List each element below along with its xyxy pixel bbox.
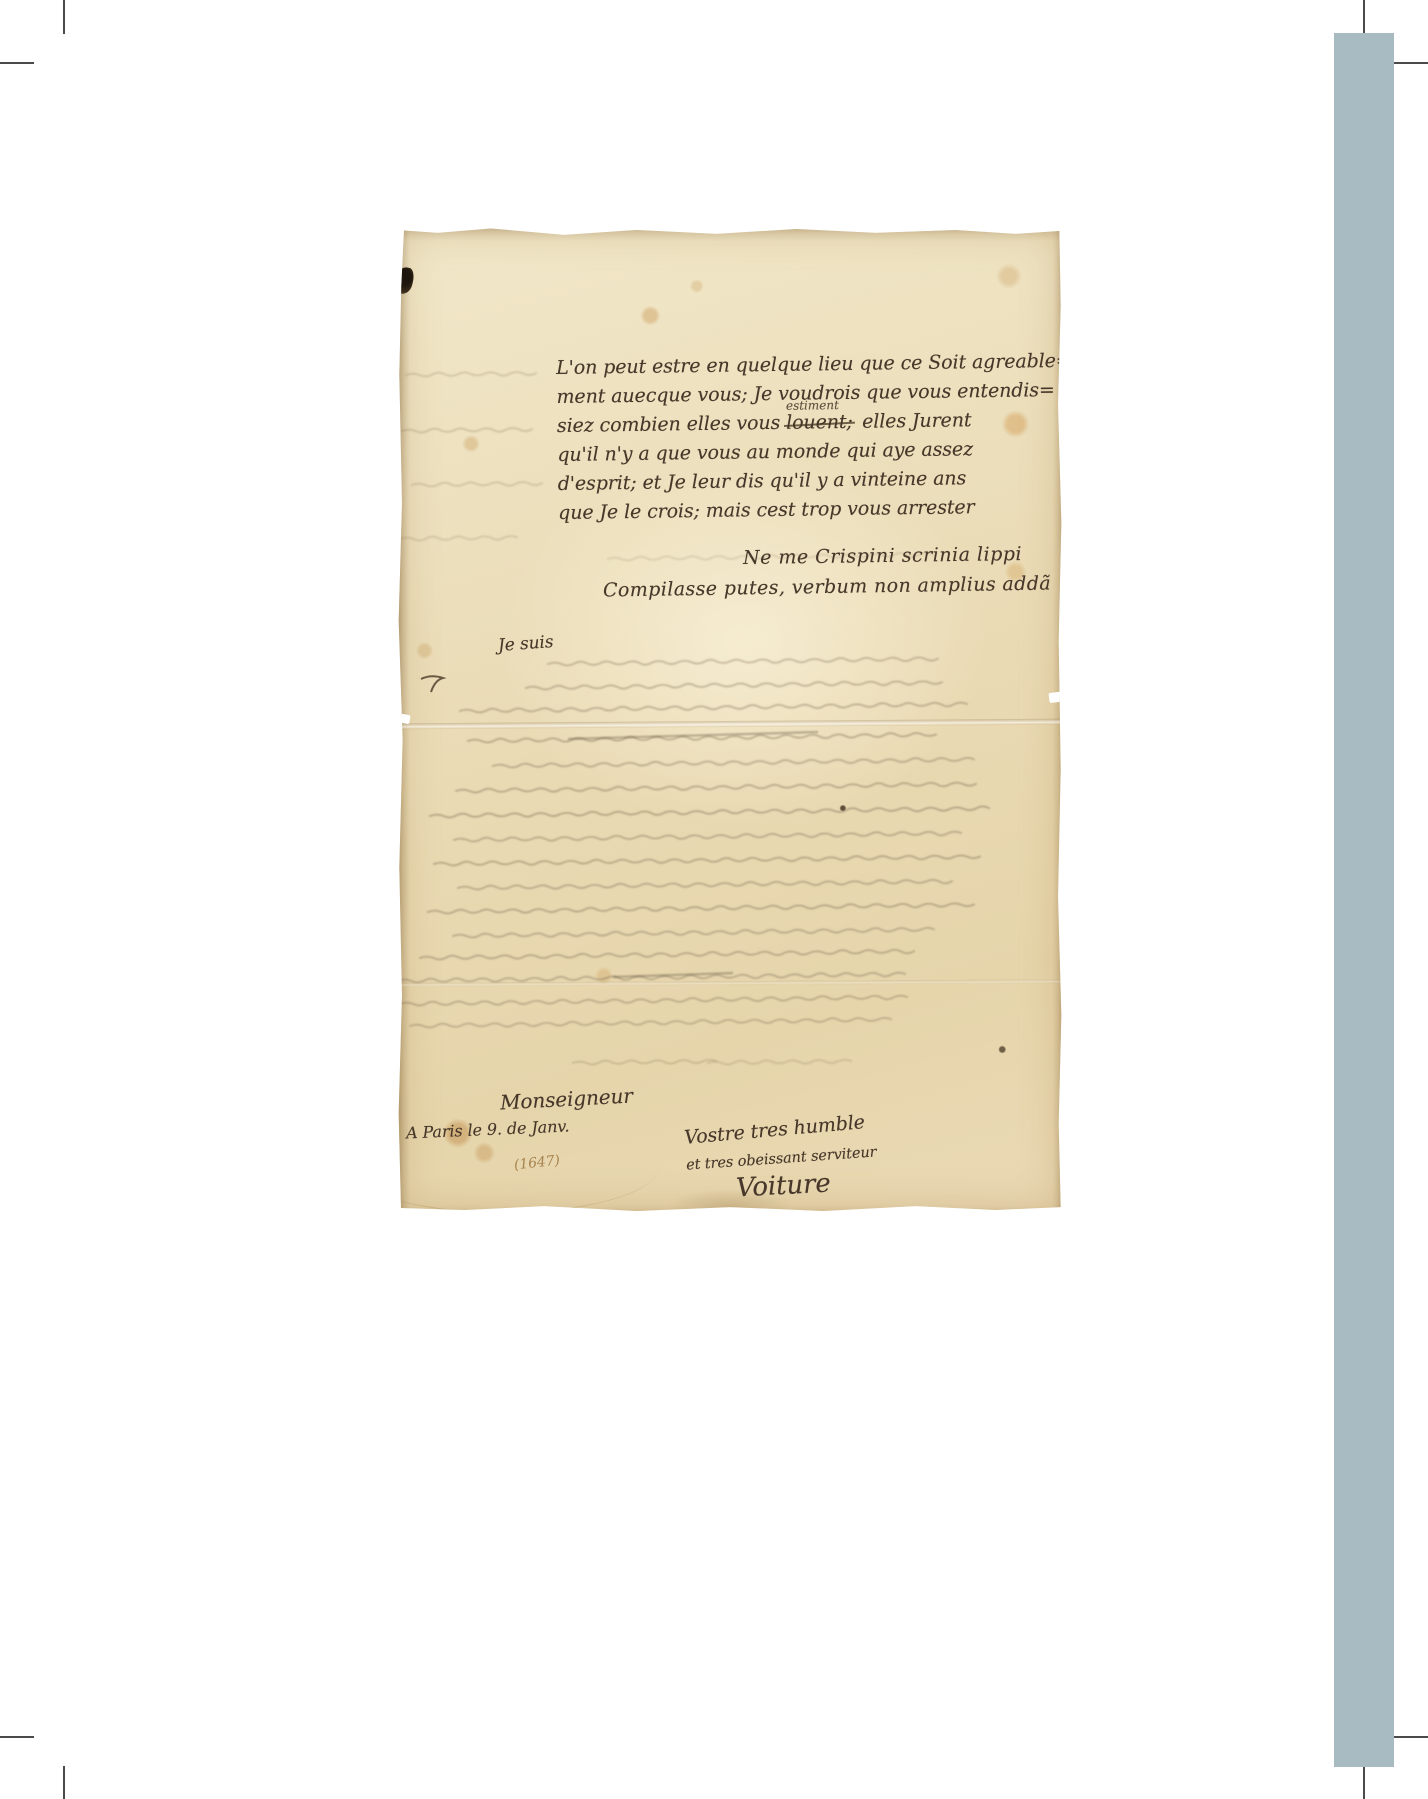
interlinear-insertion: estiment	[786, 398, 839, 413]
crop-mark-top-left-vertical	[63, 0, 65, 34]
crop-mark-bottom-left-horizontal	[0, 1736, 34, 1738]
line3-prefix: siez combien elles vous	[557, 412, 787, 437]
crop-mark-top-right-vertical	[1363, 0, 1365, 34]
fold-tear-left	[394, 713, 410, 724]
line3-suffix: elles Jurent	[853, 409, 972, 433]
crop-mark-bottom-right-horizontal	[1394, 1736, 1428, 1738]
fold-tear-right	[1048, 691, 1067, 703]
letter-scan: L'on peut estre en quelque lieu que ce S…	[398, 227, 1062, 1212]
crop-mark-top-left-horizontal	[0, 62, 34, 64]
crop-mark-bottom-left-vertical	[63, 1766, 65, 1799]
bleed-color-bar	[1334, 33, 1394, 1767]
marginal-flourish-icon	[418, 673, 448, 697]
crop-mark-bottom-right-vertical	[1363, 1766, 1365, 1799]
latin-quote-line: Ne me Crispini scrinia lippi	[743, 543, 1022, 569]
page: L'on peut estre en quelque lieu que ce S…	[0, 0, 1428, 1799]
struck-word: estimentlouent;	[786, 411, 853, 434]
closing-phrase: Je suis	[497, 632, 554, 656]
signature: Voiture	[735, 1169, 831, 1204]
crop-mark-top-right-horizontal	[1394, 62, 1428, 64]
